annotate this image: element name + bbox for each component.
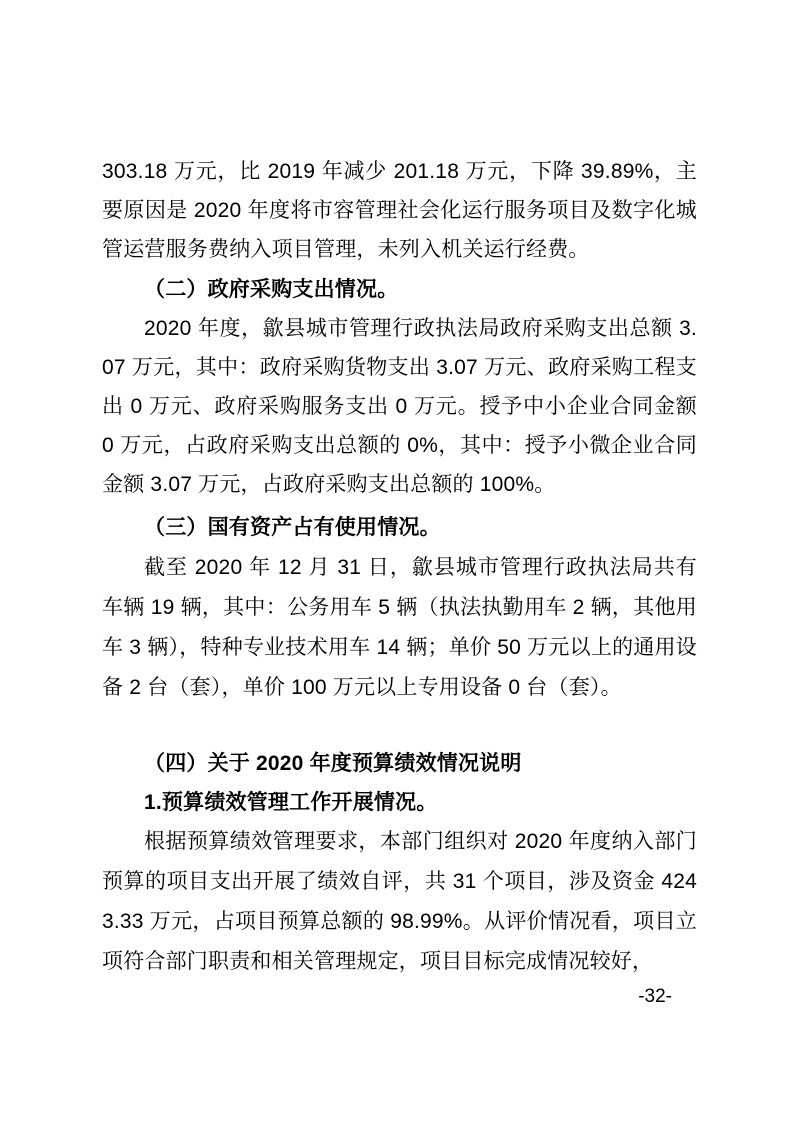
heading-section-4-budget-performance: （四）关于 2020 年度预算绩效情况说明 — [102, 744, 697, 783]
paragraph-state-assets-vehicles: 截至 2020 年 12 月 31 日，歙县城市管理行政执法局共有车辆 19 辆… — [102, 548, 697, 708]
paragraph-government-procurement: 2020 年度，歙县城市管理行政执法局政府采购支出总额 3.07 万元，其中：政… — [102, 309, 697, 504]
paragraph-budget-performance-self-evaluation: 根据预算绩效管理要求，本部门组织对 2020 年度纳入部门预算的项目支出开展了绩… — [102, 822, 697, 982]
document-page: 303.18 万元，比 2019 年减少 201.18 万元，下降 39.89%… — [0, 0, 793, 1122]
page-number: -32- — [638, 984, 672, 1010]
heading-section-2-government-procurement: （二）政府采购支出情况。 — [102, 270, 697, 309]
heading-section-3-state-assets: （三）国有资产占有使用情况。 — [102, 508, 697, 547]
paragraph-admin-operating-expenses: 303.18 万元，比 2019 年减少 201.18 万元，下降 39.89%… — [102, 152, 697, 269]
heading-budget-performance-management: 1.预算绩效管理工作开展情况。 — [102, 783, 697, 822]
